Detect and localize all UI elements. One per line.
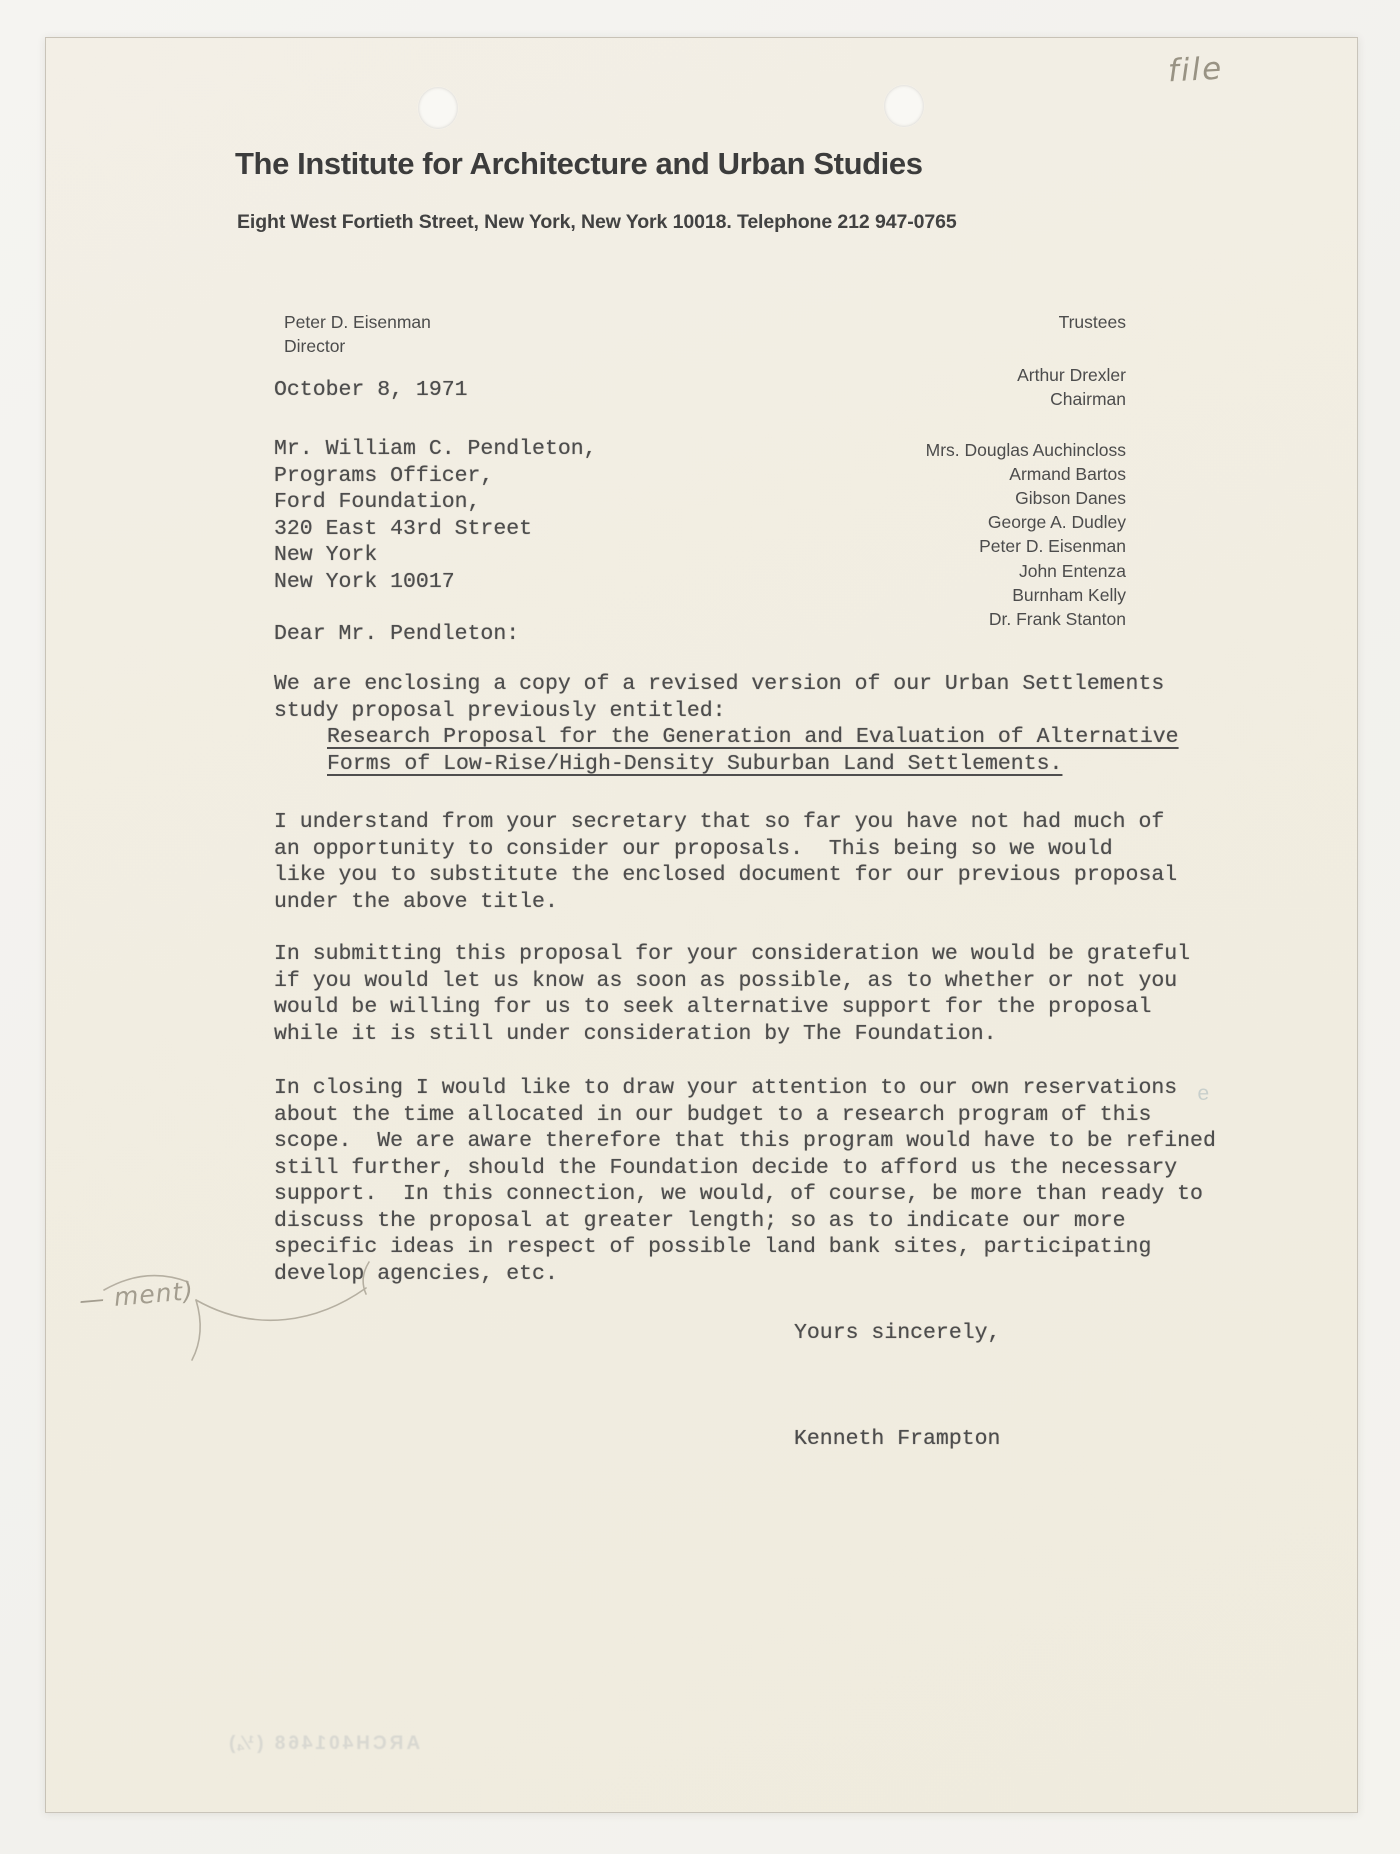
punch-hole-right (884, 85, 924, 127)
trustee-name: John Entenza (926, 559, 1126, 583)
handwritten-file-note: file (1167, 51, 1224, 90)
trustee-name: Dr. Frank Stanton (926, 607, 1126, 631)
director-block: Peter D. Eisenman Director (284, 310, 431, 358)
chairman-name: Arthur Drexler (926, 363, 1126, 387)
closing-line: Yours sincerely, (794, 1320, 1000, 1347)
salutation: Dear Mr. Pendleton: (274, 621, 519, 648)
body-paragraph-2: I understand from your secretary that so… (274, 809, 1177, 915)
letterhead-address: Eight West Fortieth Street, New York, Ne… (237, 211, 957, 234)
punch-hole-left (418, 87, 458, 129)
trustee-name: Mrs. Douglas Auchincloss (926, 438, 1126, 462)
body-paragraph-1: We are enclosing a copy of a revised ver… (274, 671, 1164, 724)
director-title: Director (284, 334, 431, 358)
trustee-name: Gibson Danes (926, 486, 1126, 510)
pencil-correction-strokes (46, 38, 1359, 1814)
letter-date: October 8, 1971 (274, 377, 468, 404)
proposal-title-underlined: Research Proposal for the Generation and… (327, 724, 1179, 777)
handwritten-ment-correction: — ment) (78, 1276, 195, 1315)
director-name: Peter D. Eisenman (284, 310, 431, 334)
trustees-heading: Trustees (926, 310, 1126, 334)
trustees-block: Trustees Arthur Drexler Chairman Mrs. Do… (926, 310, 1126, 631)
trustee-name: Armand Bartos (926, 462, 1126, 486)
bleedthrough-stamp: ARCH401468 (¼) (226, 1733, 420, 1755)
trustee-name: Burnham Kelly (926, 583, 1126, 607)
trustee-name: Peter D. Eisenman (926, 534, 1126, 558)
body-paragraph-3: In submitting this proposal for your con… (274, 941, 1190, 1047)
signature-name: Kenneth Frampton (794, 1426, 1000, 1453)
letterhead-title: The Institute for Architecture and Urban… (235, 146, 923, 182)
erased-character: e (1197, 1084, 1210, 1107)
recipient-address: Mr. William C. Pendleton, Programs Offic… (274, 436, 597, 595)
letter-page: file The Institute for Architecture and … (45, 37, 1358, 1813)
trustee-name: George A. Dudley (926, 510, 1126, 534)
body-paragraph-4: In closing I would like to draw your att… (274, 1075, 1216, 1287)
chairman-title: Chairman (926, 387, 1126, 411)
